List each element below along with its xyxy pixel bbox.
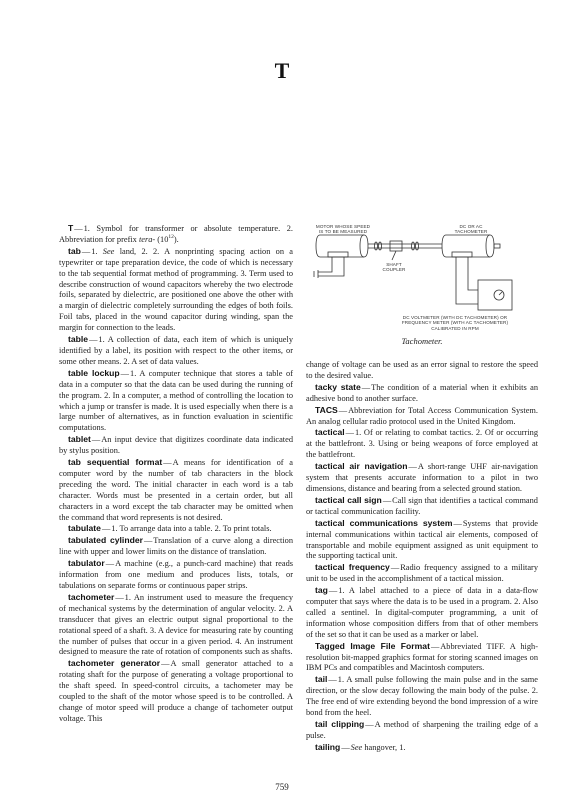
entry-tag: tag—1. A label attached to a piece of da… xyxy=(306,585,538,641)
page-number: 759 xyxy=(0,782,564,792)
entry-term: tachometer generator xyxy=(68,658,160,668)
entry-tactical-air-navigation: tactical air navigation—A short-range UH… xyxy=(306,461,538,495)
entry-term: Tagged Image File Format xyxy=(315,641,430,651)
entry-tacky-state: tacky state—The condition of a material … xyxy=(306,382,538,405)
entry-term: tail clipping xyxy=(315,719,364,729)
entry-term: table xyxy=(68,334,88,344)
entry-term: tabulator xyxy=(68,558,105,568)
entry-tacs: TACS—Abbreviation for Total Access Commu… xyxy=(306,405,538,428)
entry-tab-sequential-format: tab sequential format—A means for identi… xyxy=(59,457,293,523)
entry-tagged-image-file-format: Tagged Image File Format—Abbreviated TIF… xyxy=(306,641,538,675)
entry-term: tactical call sign xyxy=(315,495,382,505)
entry-tabulated-cylinder: tabulated cylinder—Translation of a curv… xyxy=(59,535,293,558)
entry-tactical-communications-system: tactical communications system—Systems t… xyxy=(306,518,538,563)
entry-term: tactical communications system xyxy=(315,518,452,528)
tachometer-figure: MOTOR WHOSE SPEED IS TO BE MEASURED DC O… xyxy=(306,222,538,352)
left-column: T—1. Symbol for transformer or absolute … xyxy=(59,223,293,725)
meter-label: DC VOLTMETER (WITH DC TACHOMETER) OR FRE… xyxy=(380,315,530,331)
entry-term: TACS xyxy=(315,405,338,415)
entry-tailing: tailing—See hangover, 1. xyxy=(306,742,538,754)
entry-term: tactical air navigation xyxy=(315,461,408,471)
entry-tabulator: tabulator—A machine (e.g., a punch-card … xyxy=(59,558,293,592)
entry-tactical-call-sign: tactical call sign—Call sign that identi… xyxy=(306,495,538,518)
entry-term: tag xyxy=(315,585,328,595)
entry-table: table—1. A collection of data, each item… xyxy=(59,334,293,368)
entry-term: tab sequential format xyxy=(68,457,162,467)
entry-term: table lockup xyxy=(68,368,120,378)
motor-label: MOTOR WHOSE SPEED IS TO BE MEASURED xyxy=(312,224,374,235)
entry-T: T—1. Symbol for transformer or absolute … xyxy=(59,223,293,246)
entry-tail-clipping: tail clipping—A method of sharpening the… xyxy=(306,719,538,742)
figure-caption: Tachometer. xyxy=(306,336,538,346)
entry-term: tabulate xyxy=(68,523,101,533)
section-letter-heading: T xyxy=(0,58,564,84)
shaft-coupler xyxy=(390,241,402,251)
entry-tablet: tablet—An input device that digitizes co… xyxy=(59,434,293,457)
entry-term: tacky state xyxy=(315,382,361,392)
entry-term: tail xyxy=(315,674,327,684)
entry-tab: tab—1. See land, 2. 2. A nonprinting spa… xyxy=(59,246,293,334)
entry-term: tablet xyxy=(68,434,91,444)
entry-tactical: tactical—1. Of or relating to combat tac… xyxy=(306,427,538,461)
entry-tactical-frequency: tactical frequency—Radio frequency assig… xyxy=(306,562,538,585)
entry-term: tachometer xyxy=(68,592,114,602)
entry-term: tab xyxy=(68,246,81,256)
entry-tachometer-generator: tachometer generator—A small generator a… xyxy=(59,658,293,724)
continued-text: change of voltage can be used as an erro… xyxy=(306,360,538,382)
entry-term: tabulated cylinder xyxy=(68,535,143,545)
entry-term: tailing xyxy=(315,742,340,752)
entry-table-lockup: table lockup—1. A computer technique tha… xyxy=(59,368,293,434)
entry-term: tactical frequency xyxy=(315,562,390,572)
meter-box xyxy=(478,280,512,310)
shaft-coupler-label: SHAFT COUPLER xyxy=(378,262,410,273)
entry-tachometer: tachometer—1. An instrument used to meas… xyxy=(59,592,293,658)
entry-tail: tail—1. A small pulse following the main… xyxy=(306,674,538,719)
entry-term: T xyxy=(68,223,73,233)
entry-tabulate: tabulate—1. To arrange data into a table… xyxy=(59,523,293,535)
right-column: change of voltage can be used as an erro… xyxy=(306,360,538,754)
entry-term: tactical xyxy=(315,427,345,437)
tachometer-label: DC OR AC TACHOMETER xyxy=(448,224,494,235)
